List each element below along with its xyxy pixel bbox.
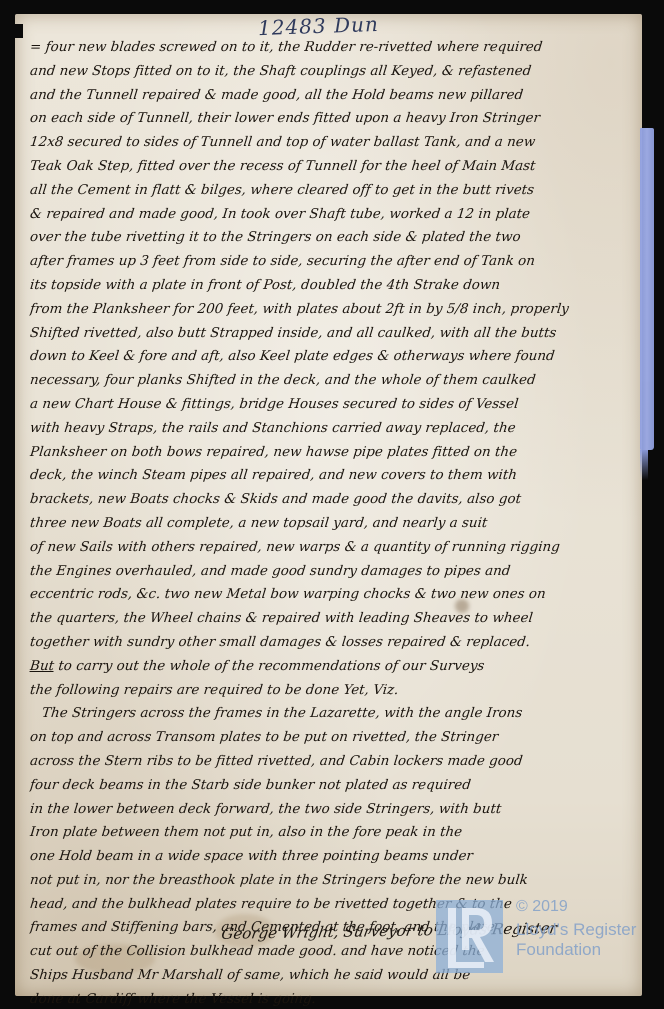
text-line: not put in, nor the breasthook plate in …: [29, 869, 642, 893]
text-line: together with sundry other small damages…: [29, 631, 642, 655]
text-line: = four new blades screwed on to it, the …: [29, 36, 642, 60]
text-line: four deck beams in the Starb side bunker…: [29, 774, 642, 798]
text-line: on each side of Tunnell, their lower end…: [29, 107, 642, 131]
text-line: done at Cardiff where the Vessel is goin…: [29, 988, 642, 1009]
text-line: head, and the bulkhead plates require to…: [29, 893, 642, 917]
text-line: and new Stops fitted on to it, the Shaft…: [29, 60, 642, 84]
text-line: brackets, new Boats chocks & Skids and m…: [29, 488, 642, 512]
text-line: all the Cement in flatt & bilges, where …: [29, 179, 642, 203]
text-line: with heavy Straps, the rails and Stanchi…: [29, 417, 642, 441]
text-line: in the lower between deck forward, the t…: [29, 798, 642, 822]
text-line: Planksheer on both bows repaired, new ha…: [29, 441, 642, 465]
text-line: across the Stern ribs to be fitted rivet…: [29, 750, 642, 774]
text-line: Iron plate between them not put in, also…: [29, 821, 642, 845]
text-line: one Hold beam in a wide space with three…: [29, 845, 642, 869]
text-line: & repaired and made good, In took over S…: [29, 203, 642, 227]
text-line-but: But to carry out the whole of the recomm…: [29, 655, 642, 679]
handwritten-report: = four new blades screwed on to it, the …: [30, 36, 640, 1009]
text-line: three new Boats all complete, a new tops…: [29, 512, 642, 536]
text-line-rest: to carry out the whole of the recommenda…: [53, 659, 485, 674]
text-line: necessary, four planks Shifted in the de…: [29, 369, 642, 393]
text-line: Shifted rivetted, also butt Strapped ins…: [29, 322, 642, 346]
underlined-but: But: [29, 659, 55, 674]
text-line: 12x8 secured to sides of Tunnell and top…: [29, 131, 642, 155]
text-line: The Stringers across the frames in the L…: [29, 702, 642, 726]
text-line: cut out of the Collision bulkhead made g…: [29, 940, 642, 964]
text-line: a new Chart House & fittings, bridge Hou…: [29, 393, 642, 417]
text-line: of new Sails with others repaired, new w…: [29, 536, 642, 560]
text-line: after frames up 3 feet from side to side…: [29, 250, 642, 274]
text-line: from the Planksheer for 200 feet, with p…: [29, 298, 642, 322]
text-line: deck, the winch Steam pipes all repaired…: [29, 464, 642, 488]
text-line: the following repairs are required to be…: [29, 679, 642, 703]
blue-paper-strip: [640, 128, 654, 450]
text-line: Ships Husband Mr Marshall of same, which…: [29, 964, 642, 988]
text-line: the quarters, the Wheel chains & repaire…: [29, 607, 642, 631]
text-line: and the Tunnell repaired & made good, al…: [29, 84, 642, 108]
text-line: its topside with a plate in front of Pos…: [29, 274, 642, 298]
text-line: Teak Oak Step, fitted over the recess of…: [29, 155, 642, 179]
text-line: on top and across Transom plates to be p…: [29, 726, 642, 750]
document-viewer: 12483 Dun = four new blades screwed on t…: [0, 0, 664, 1009]
text-line: the Engines overhauled, and made good su…: [29, 560, 642, 584]
text-line: down to Keel & fore and aft, also Keel p…: [29, 345, 642, 369]
text-line: over the tube rivetting it to the String…: [29, 226, 642, 250]
text-line: eccentric rods, &c. two new Metal bow wa…: [29, 583, 642, 607]
